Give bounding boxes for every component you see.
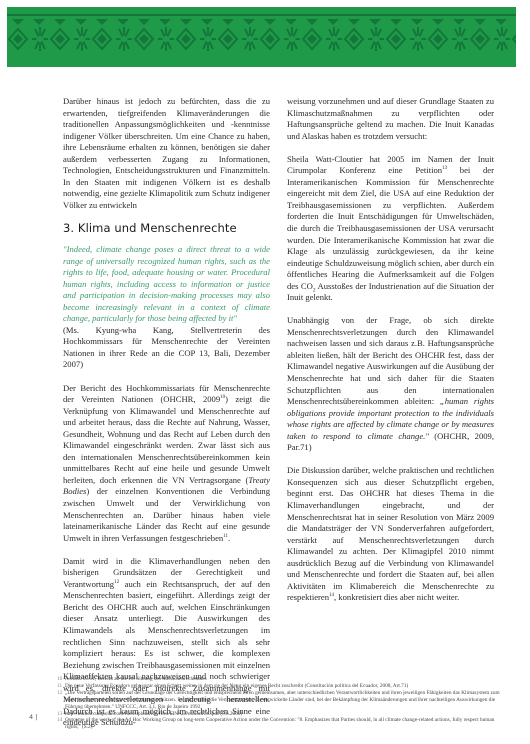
text-run: Die Diskussion darüber, welche praktisch…: [287, 465, 494, 602]
footnote-item: 11Die neue Verfassung Ecuadors geht soga…: [57, 683, 507, 690]
text-run: Unabhängig von der Frage, ob sich direkt…: [287, 315, 494, 406]
text-run: bei der Interamerikanischen Kommission f…: [287, 165, 494, 290]
footnote-item: 14Outcome of the work of the Ad Hoc Work…: [57, 717, 507, 731]
inuit-petition-paragraph: Sheila Watt-Cloutier hat 2005 im Namen d…: [287, 154, 494, 304]
header-pattern-band: [7, 7, 516, 67]
footnote-item: 10A/HRC/10/61, Bericht an die 10. Sitzun…: [57, 676, 507, 683]
page-number: 4 |: [29, 713, 37, 721]
footnote-text: Die neue Verfassung Ecuadors geht sogar …: [65, 683, 408, 690]
footnote-number: 14: [57, 717, 65, 731]
footnote-number: 10: [57, 676, 65, 683]
text-run: .: [228, 533, 230, 543]
pull-quote: "Indeed, climate change poses a direct t…: [63, 244, 270, 325]
footnote-number: 11: [57, 683, 65, 690]
text-run: ) der einzelnen Konventionen die Verbind…: [63, 486, 270, 542]
quote-attribution: (Ms. Kyung-wha Kang, Stellvertreterin de…: [63, 325, 270, 371]
section-heading: 3. Klima und Menschenrechte: [63, 223, 270, 235]
footnote-text: „Die Vertragsparteien sollen auf der Gru…: [65, 690, 507, 711]
band-top-stripe: [7, 14, 516, 16]
footnote-item: 12„Die Vertragsparteien sollen auf der G…: [57, 690, 507, 711]
ohchr-report-paragraph: Der Bericht des Hochkommissariats für Me…: [63, 383, 270, 545]
footnote-text: Outcome of the work of the Ad Hoc Workin…: [65, 717, 507, 731]
footnotes: 10A/HRC/10/61, Bericht an die 10. Sitzun…: [57, 676, 507, 731]
embroidery-pattern-icon: [7, 19, 516, 63]
text-run: Ausstoßes der Industrienation auf die Si…: [287, 281, 494, 303]
footnote-text: A/HRC/10/61, Bericht an die 10. Sitzung …: [65, 676, 207, 683]
continuation-paragraph: weisung vorzunehmen und auf dieser Grund…: [287, 96, 494, 142]
right-text-column: weisung vorzunehmen und auf dieser Grund…: [287, 96, 494, 615]
text-run: ) zeigt die Verknüpfung von Klimawandel …: [63, 394, 270, 485]
footnote-number: 13: [57, 711, 65, 718]
intro-paragraph: Darüber hinaus ist jedoch zu befürchten,…: [63, 96, 270, 211]
discussion-paragraph: Die Diskussion darüber, welche praktisch…: [287, 465, 494, 604]
left-text-column: Darüber hinaus ist jedoch zu befürchten,…: [63, 96, 270, 740]
text-run: , konkretisiert dies aber nicht weiter.: [334, 592, 459, 602]
protection-duty-paragraph: Unabhängig von der Frage, ob sich direkt…: [287, 315, 494, 454]
footnote-number: 12: [57, 690, 65, 711]
